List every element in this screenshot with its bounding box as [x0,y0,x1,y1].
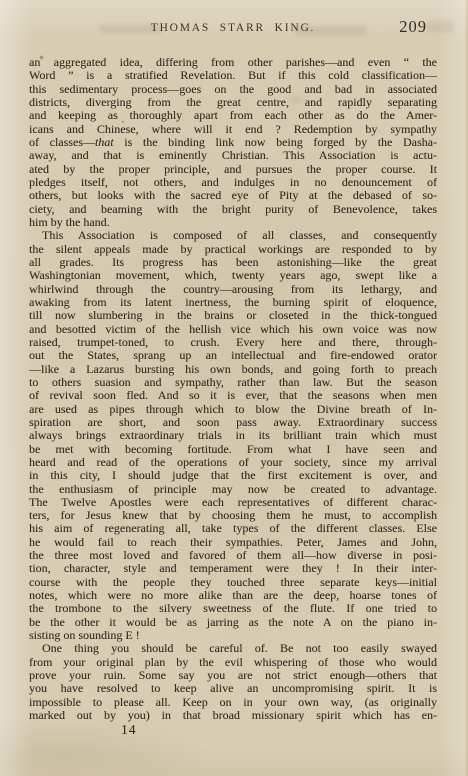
text-line: others, but looks with the sacred eye of… [29,189,437,202]
text-line: heard and read of the operations of your… [29,456,437,469]
running-header-title: THOMAS STARR KING. [29,22,437,34]
paragraph: This Association is composed of all clas… [29,229,437,642]
text-line: from your original plan by the evil whis… [29,656,437,669]
text-line: the trombone to the silvery sweetness of… [29,602,437,615]
text-line: pledges itself, not others, and indulges… [29,176,437,189]
text-line: course with the people they touched thre… [29,576,437,589]
text-line: of classes—that is the binding link now … [29,136,437,149]
text-line: he would fail to reach their sympathies.… [29,536,437,549]
signature-mark: 14 [121,722,137,737]
text-line: away, and that is eminently Christian. T… [29,149,437,162]
text-line: till now slumbering in the brains or clo… [29,309,437,322]
paragraph: an aggregated idea, differing from other… [29,56,437,229]
running-header: THOMAS STARR KING. 209 [29,20,437,38]
text-line: in this city, I should judge that the fi… [29,469,437,482]
text-line: This Association is composed of all clas… [29,229,437,242]
text-line: be the other it would be as jarring as t… [29,616,437,629]
text-line: all grades. Its progress has been astoni… [29,256,437,269]
text-line: the silent appeals made by practical wor… [29,243,437,256]
text-line: impossible to please all. Keep on in you… [29,696,437,709]
text-line: spiration are short, and soon pass away.… [29,416,437,429]
text-line: out the States, sprang up an intellectua… [29,349,437,362]
text-line: notes, which were no more alike than are… [29,589,437,602]
text-line: ciety, and beaming with the bright purit… [29,203,437,216]
text-line: —like a Lazarus bursting his own bonds, … [29,363,437,376]
text-line: him by the hand. [29,216,437,229]
text-line: always brings extraordinary trials in it… [29,429,437,442]
book-page: THOMAS STARR KING. 209 an aggregated ide… [0,0,468,776]
page-number: 209 [399,17,427,37]
text-line: an aggregated idea, differing from other… [29,56,437,69]
text-line: ters, for Jesus knew that by choosing th… [29,509,437,522]
text-line: you have resolved to keep alive an uncom… [29,682,437,695]
text-line: icans and Chinese, where will it end ? R… [29,123,437,136]
paragraph: One thing you should be careful of. Be n… [29,642,437,722]
text-line: and keeping as thoroughly apart from eac… [29,109,437,122]
text-line: ated by the proper principle, and pursue… [29,163,437,176]
text-line: raised, trumpet-toned, to crush. Every h… [29,336,437,349]
text-line: the three most loved and favored of them… [29,549,437,562]
text-line: Word ” is a stratified Revelation. But i… [29,69,437,82]
text-line: tion, character, style and temperament w… [29,562,437,575]
text-line: marked out by you) in that broad mission… [29,709,437,722]
text-line: sisting on sounding E ! [29,629,437,642]
text-line: this sedimentary process—goes on the goo… [29,83,437,96]
text-line: of revival soon fled. And so it is ever,… [29,389,437,402]
text-line: Washingtonian movement, which, twenty ye… [29,269,437,282]
text-line: and besotted victim of the hellish vice … [29,323,437,336]
text-line: The Twelve Apostles were each representa… [29,496,437,509]
text-line: One thing you should be careful of. Be n… [29,642,437,655]
text-line: to others suasion and sympathy, rather t… [29,376,437,389]
text-line: districts, diverging from the great cent… [29,96,437,109]
signature-row: 14 [29,722,437,737]
text-line: the enthusiasm of principle may now be c… [29,483,437,496]
body-text: an aggregated idea, differing from other… [29,56,437,722]
text-line: prove your ruin. Some say you are not st… [29,669,437,682]
text-line: are used as pipes through which to blow … [29,403,437,416]
text-line: awaking from its latent inertness, the b… [29,296,437,309]
text-line: his aim of regenerating all, take types … [29,522,437,535]
text-line: whirlwind through the country—arousing f… [29,283,437,296]
text-line: be met with becoming fortitude. From wha… [29,443,437,456]
